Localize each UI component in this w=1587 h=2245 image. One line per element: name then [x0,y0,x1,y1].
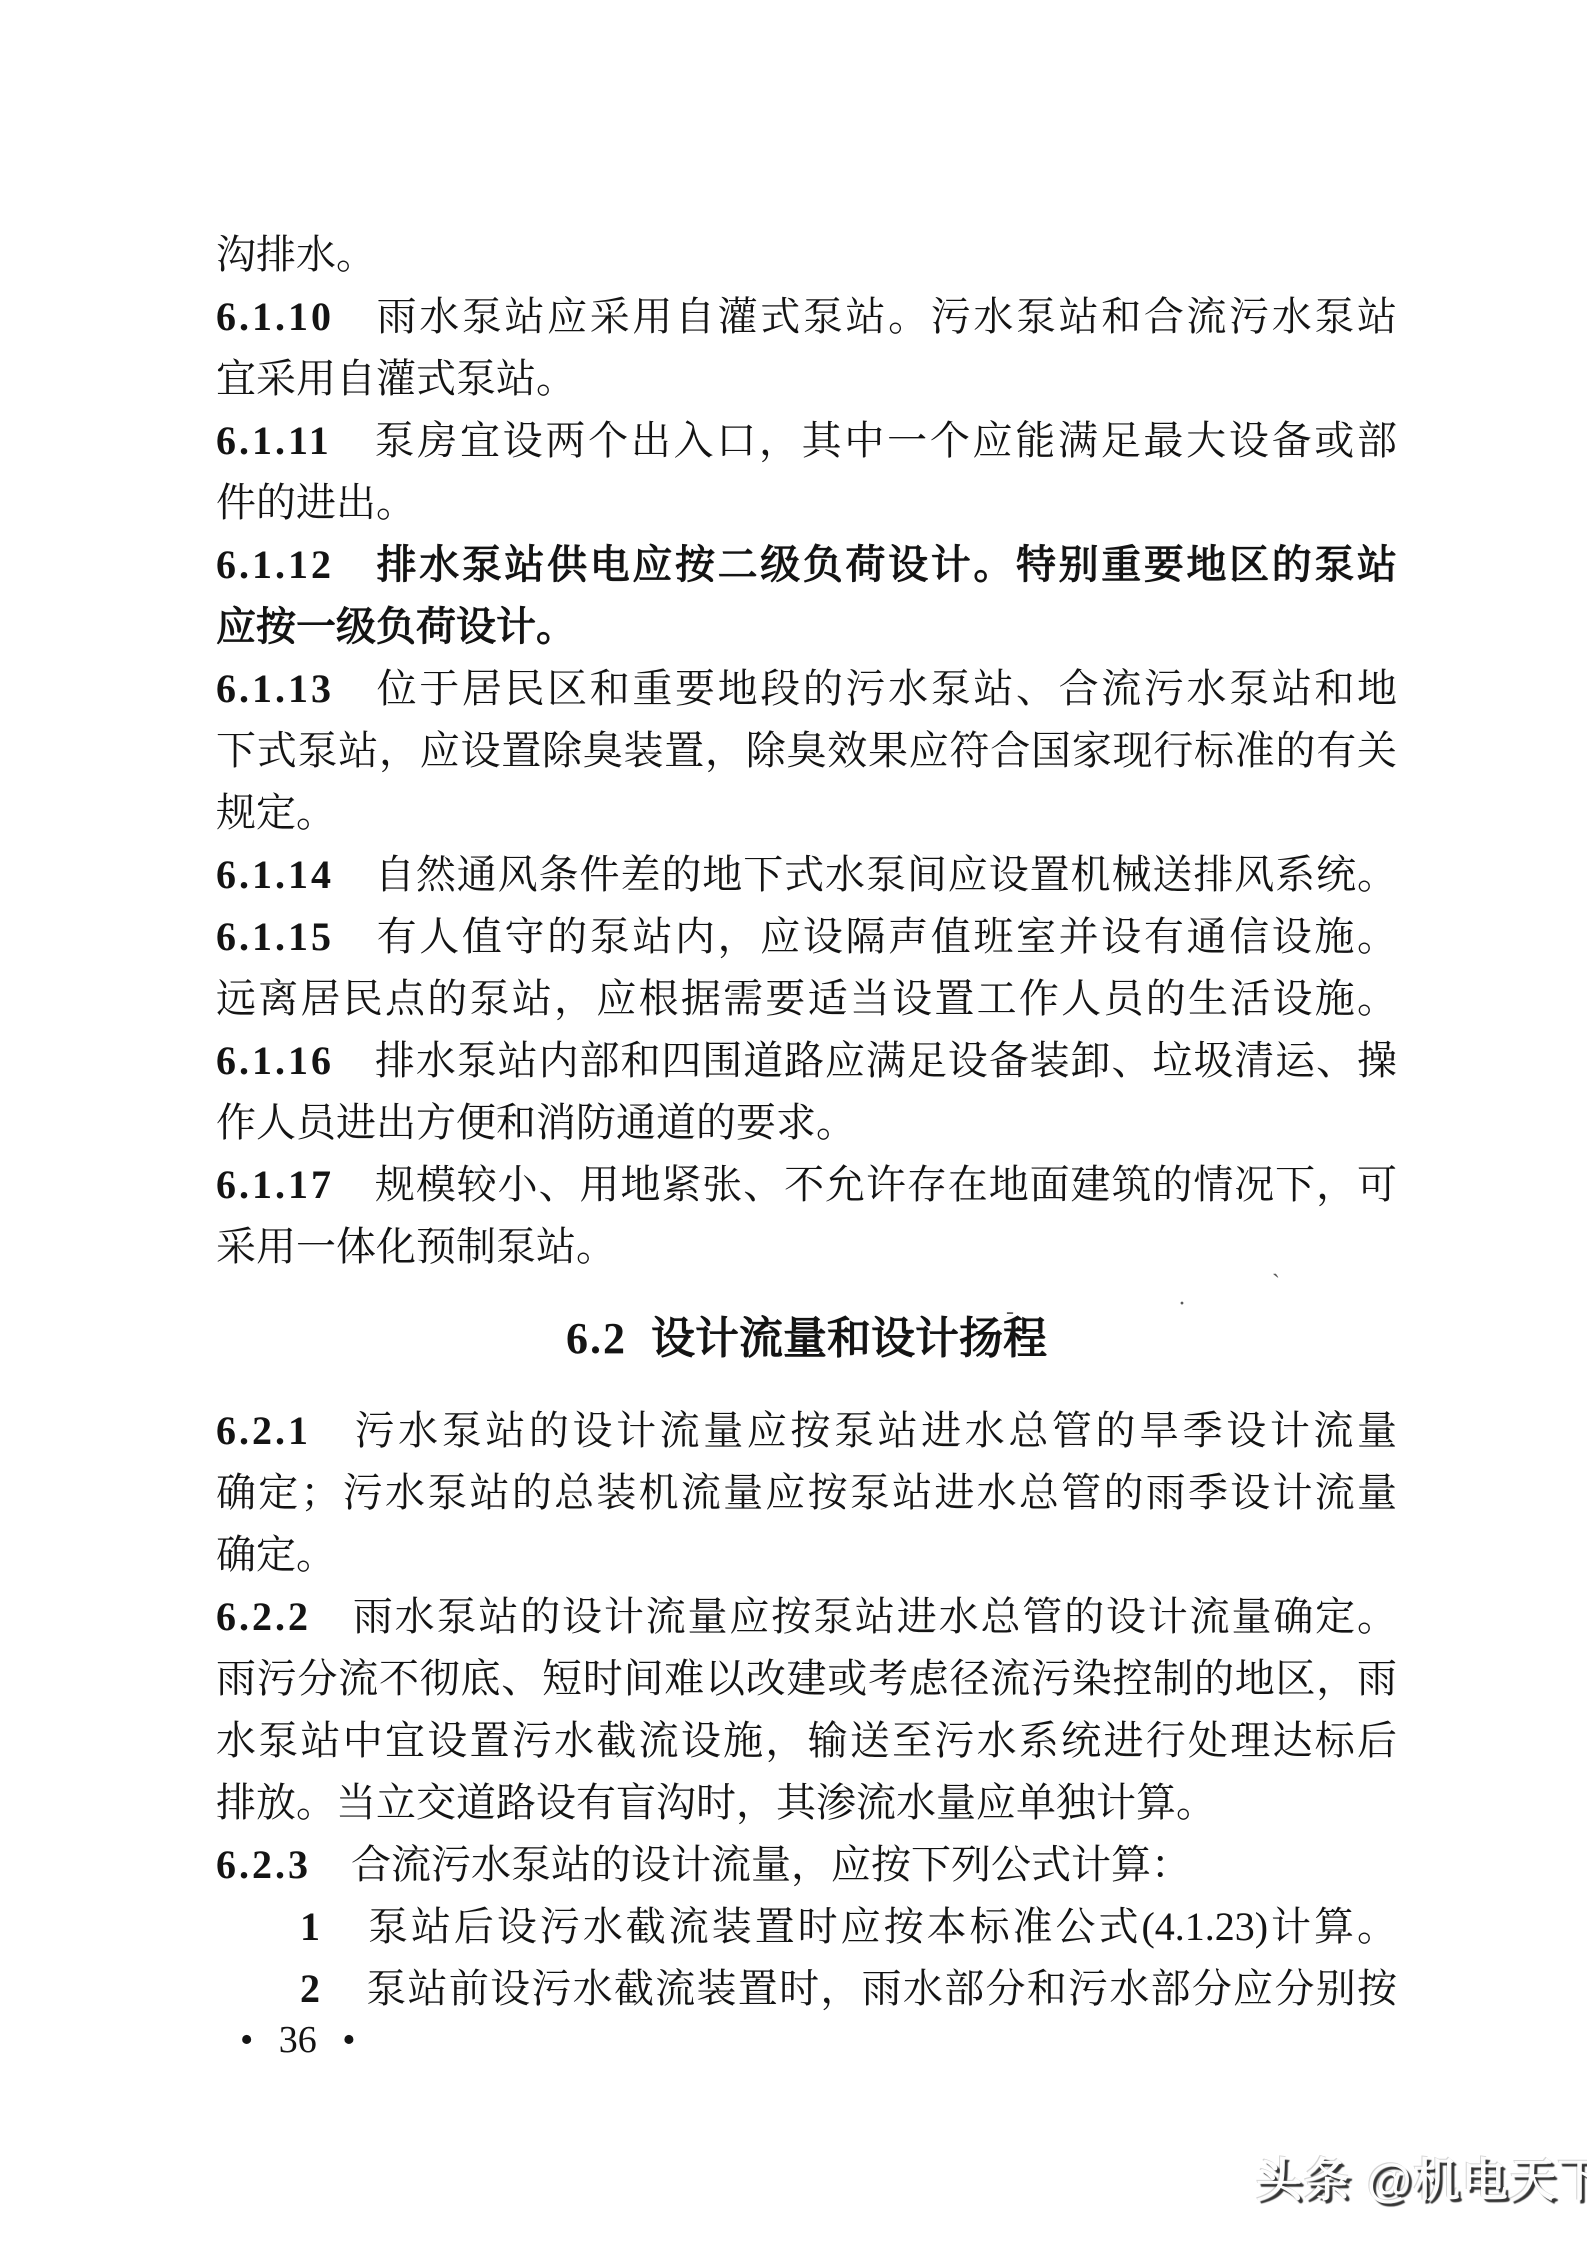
line-text: 规定。 [216,790,336,835]
line-text: 有人值守的泵站内，应设隔声值班室并设有通信设施。 [374,914,1397,959]
line-text: 设计流量和设计扬程 [651,1314,1047,1363]
text-line: 件的进出。 [216,472,1397,534]
text-line: 6.1.12排水泵站供电应按二级负荷设计。特别重要地区的泵站 [216,534,1397,596]
line-text: 下式泵站，应设置除臭装置，除臭效果应符合国家现行标准的有关 [216,728,1397,773]
text-line: 6.2.2雨水泵站的设计流量应按泵站进水总管的设计流量确定。 [216,1586,1397,1648]
line-text: 泵房宜设两个出入口，其中一个应能满足最大设备或部 [372,418,1397,463]
line-text: 排水泵站内部和四围道路应满足设备装卸、垃圾清运、操 [374,1038,1397,1083]
text-line: 2泵站前设污水截流装置时，雨水部分和污水部分应分别按 [216,1958,1397,2020]
text-line: 6.1.15有人值守的泵站内，应设隔声值班室并设有通信设施。 [216,906,1397,968]
text-line: 采用一体化预制泵站。 [216,1216,1397,1278]
page: 沟排水。6.1.10雨水泵站应采用自灌式泵站。污水泵站和合流污水泵站宜采用自灌式… [0,0,1587,2245]
clause-number: 6.1.16 [216,1038,334,1083]
clause-number: 2 [300,1966,323,2011]
text-line: 沟排水。 [216,224,1397,286]
text-line: 水泵站中宜设置污水截流设施，输送至污水系统进行处理达标后 [216,1710,1397,1772]
text-line: 6.1.13位于居民区和重要地段的污水泵站、合流污水泵站和地 [216,658,1397,720]
scan-artifact: - [1006,1300,1014,1324]
clause-number: 1 [300,1904,323,1949]
text-line: 宜采用自灌式泵站。 [216,348,1397,410]
text-line: 6.2.3合流污水泵站的设计流量，应按下列公式计算： [216,1834,1397,1896]
text-line: 远离居民点的泵站，应根据需要适当设置工作人员的生活设施。 [216,968,1397,1030]
clause-number: 6.1.12 [216,542,334,587]
line-text: 沟排水。 [216,232,376,277]
line-text: 自然通风条件差的地下式水泵间应设置机械送排风系统。 [374,852,1397,897]
text-line: 6.1.14自然通风条件差的地下式水泵间应设置机械送排风系统。 [216,844,1397,906]
line-text: 雨水泵站的设计流量应按泵站进水总管的设计流量确定。 [351,1594,1397,1639]
clause-number: 6.2 [566,1314,627,1363]
line-text: 污水泵站的设计流量应按泵站进水总管的旱季设计流量 [351,1408,1397,1453]
text-line: 6.1.10雨水泵站应采用自灌式泵站。污水泵站和合流污水泵站 [216,286,1397,348]
clause-number: 6.1.13 [216,666,334,711]
text-line: 排放。当立交道路设有盲沟时，其渗流水量应单独计算。 [216,1772,1397,1834]
line-text: 采用一体化预制泵站。 [216,1224,616,1269]
text-line: 1泵站后设污水截流装置时应按本标准公式(4.1.23)计算。 [216,1896,1397,1958]
line-text: 泵站前设污水截流装置时，雨水部分和污水部分应分别按 [365,1966,1397,2011]
text-line: 6.1.17规模较小、用地紧张、不允许存在地面建筑的情况下，可 [216,1154,1397,1216]
clause-number: 6.1.10 [216,294,334,339]
line-text: 水泵站中宜设置污水截流设施，输送至污水系统进行处理达标后 [216,1718,1397,1763]
clause-number: 6.2.3 [216,1842,311,1887]
line-text: 宜采用自灌式泵站。 [216,356,576,401]
text-line: 作人员进出方便和消防通道的要求。 [216,1092,1397,1154]
text-line: 下式泵站，应设置除臭装置，除臭效果应符合国家现行标准的有关 [216,720,1397,782]
text-line: 6.1.16排水泵站内部和四围道路应满足设备装卸、垃圾清运、操 [216,1030,1397,1092]
clause-number: 6.1.14 [216,852,334,897]
line-text: 泵站后设污水截流装置时应按本标准公式(4.1.23)计算。 [365,1904,1397,1949]
line-text: 雨水泵站应采用自灌式泵站。污水泵站和合流污水泵站 [374,294,1397,339]
text-block: 沟排水。6.1.10雨水泵站应采用自灌式泵站。污水泵站和合流污水泵站宜采用自灌式… [216,224,1397,2020]
text-line: 雨污分流不彻底、短时间难以改建或考虑径流污染控制的地区，雨 [216,1648,1397,1710]
line-text: 远离居民点的泵站，应根据需要适当设置工作人员的生活设施。 [216,976,1397,1021]
section-heading: 6.2设计流量和设计扬程 [216,1308,1397,1370]
clause-number: 6.2.2 [216,1594,311,1639]
watermark: 头条 @机电天下 [1256,2150,1587,2210]
line-text: 合流污水泵站的设计流量，应按下列公式计算： [351,1842,1191,1887]
line-text: 位于居民区和重要地段的污水泵站、合流污水泵站和地 [374,666,1397,711]
clause-number: 6.2.1 [216,1408,311,1453]
line-text: 确定；污水泵站的总装机流量应按泵站进水总管的雨季设计流量 [216,1470,1397,1515]
page-number: • 36 • [240,2016,356,2064]
line-text: 排水泵站供电应按二级负荷设计。特别重要地区的泵站 [374,543,1397,587]
text-line: 6.2.1污水泵站的设计流量应按泵站进水总管的旱季设计流量 [216,1400,1397,1462]
line-text: 作人员进出方便和消防通道的要求。 [216,1100,856,1145]
line-text: 规模较小、用地紧张、不允许存在地面建筑的情况下，可 [374,1162,1397,1207]
clause-number: 6.1.15 [216,914,334,959]
text-line: 规定。 [216,782,1397,844]
line-text: 排放。当立交道路设有盲沟时，其渗流水量应单独计算。 [216,1780,1216,1825]
text-line: 确定；污水泵站的总装机流量应按泵站进水总管的雨季设计流量 [216,1462,1397,1524]
scan-artifact: · [1178,1292,1186,1316]
scan-artifact: ` [1272,1272,1280,1296]
line-text: 应按一级负荷设计。 [216,605,576,649]
text-line: 6.1.11泵房宜设两个出入口，其中一个应能满足最大设备或部 [216,410,1397,472]
text-line: 应按一级负荷设计。 [216,596,1397,658]
line-text: 确定。 [216,1532,336,1577]
line-text: 件的进出。 [216,480,416,525]
line-text: 雨污分流不彻底、短时间难以改建或考虑径流污染控制的地区，雨 [216,1656,1397,1701]
clause-number: 6.1.11 [216,418,332,463]
text-line: 确定。 [216,1524,1397,1586]
clause-number: 6.1.17 [216,1162,334,1207]
